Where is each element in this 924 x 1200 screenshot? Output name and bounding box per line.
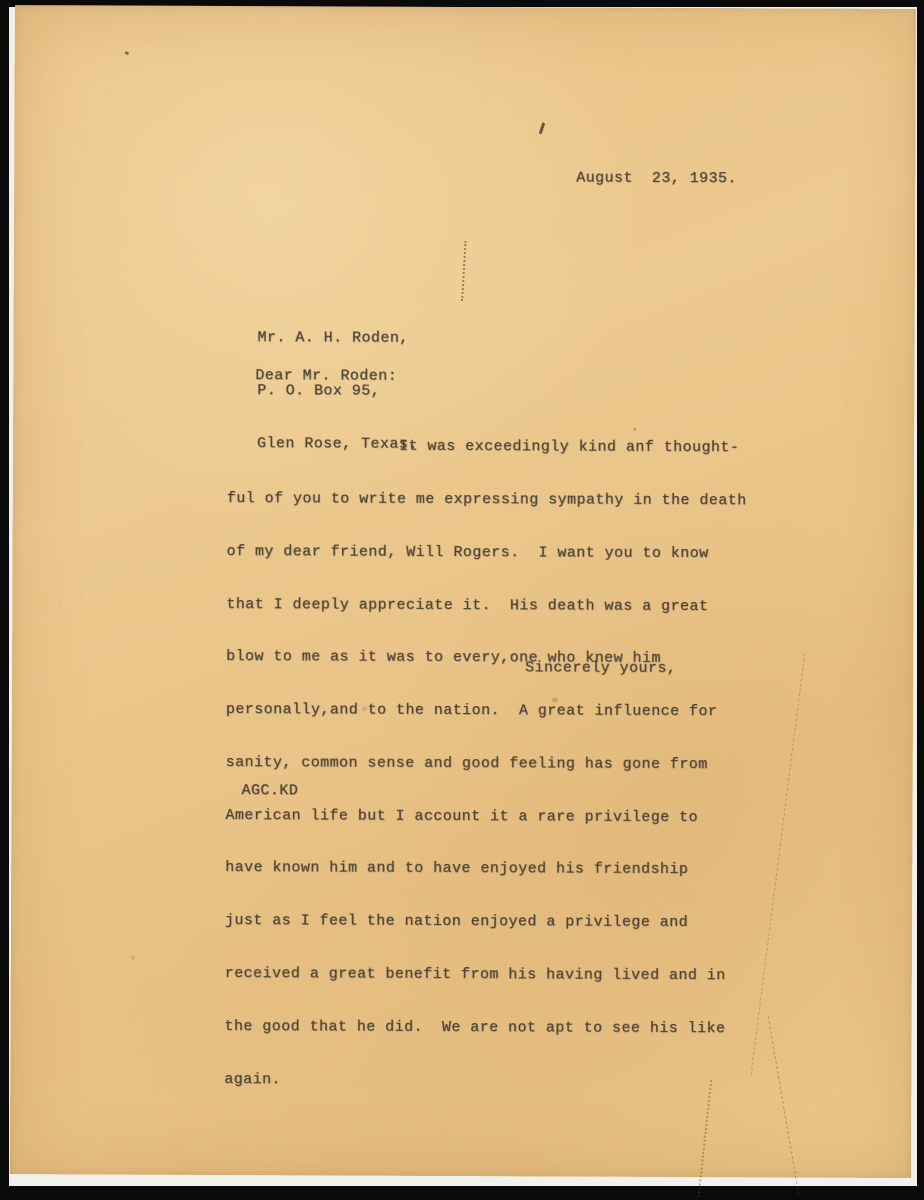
body-line: American life but I account it a rare pr… (225, 807, 785, 827)
letter-paper: August 23, 1935. Mr. A. H. Roden, P. O. … (10, 5, 916, 1178)
body-line: ful of you to write me expressing sympat… (227, 490, 787, 510)
body-line: It was exceedingly kind anf thought- (227, 437, 787, 457)
recipient-name: Mr. A. H. Roden, (258, 329, 419, 347)
dotted-crease-mark (461, 241, 466, 301)
body-line: blow to me as it was to every,one who kn… (226, 648, 786, 668)
body-line: again. (224, 1071, 784, 1091)
letter-body: It was exceedingly kind anf thought- ful… (224, 402, 787, 1126)
body-line: just as I feel the nation enjoyed a priv… (225, 912, 785, 932)
body-line: of my dear friend, Will Rogers. I want y… (227, 543, 787, 563)
paper-stain (131, 956, 135, 960)
body-line: have known him and to have enjoyed his f… (225, 859, 785, 879)
typist-initials: AGC.KD (242, 782, 299, 800)
body-line: that I deeply appreciate it. His death w… (226, 596, 786, 616)
body-line: received a great benefit from his having… (225, 965, 785, 985)
ink-speck (124, 51, 129, 55)
body-line: sanity, common sense and good feeling ha… (226, 754, 786, 774)
stray-slash-mark (539, 122, 546, 134)
letter-date: August 23, 1935. (576, 170, 737, 188)
scanned-letter-page: August 23, 1935. Mr. A. H. Roden, P. O. … (0, 0, 924, 1200)
closing-signoff: Sincerely yours, (525, 659, 676, 677)
salutation: Dear Mr. Roden: (255, 367, 397, 385)
body-line: personally,and to the nation. A great in… (226, 701, 786, 721)
body-line: the good that he did. We are not apt to … (225, 1018, 785, 1038)
